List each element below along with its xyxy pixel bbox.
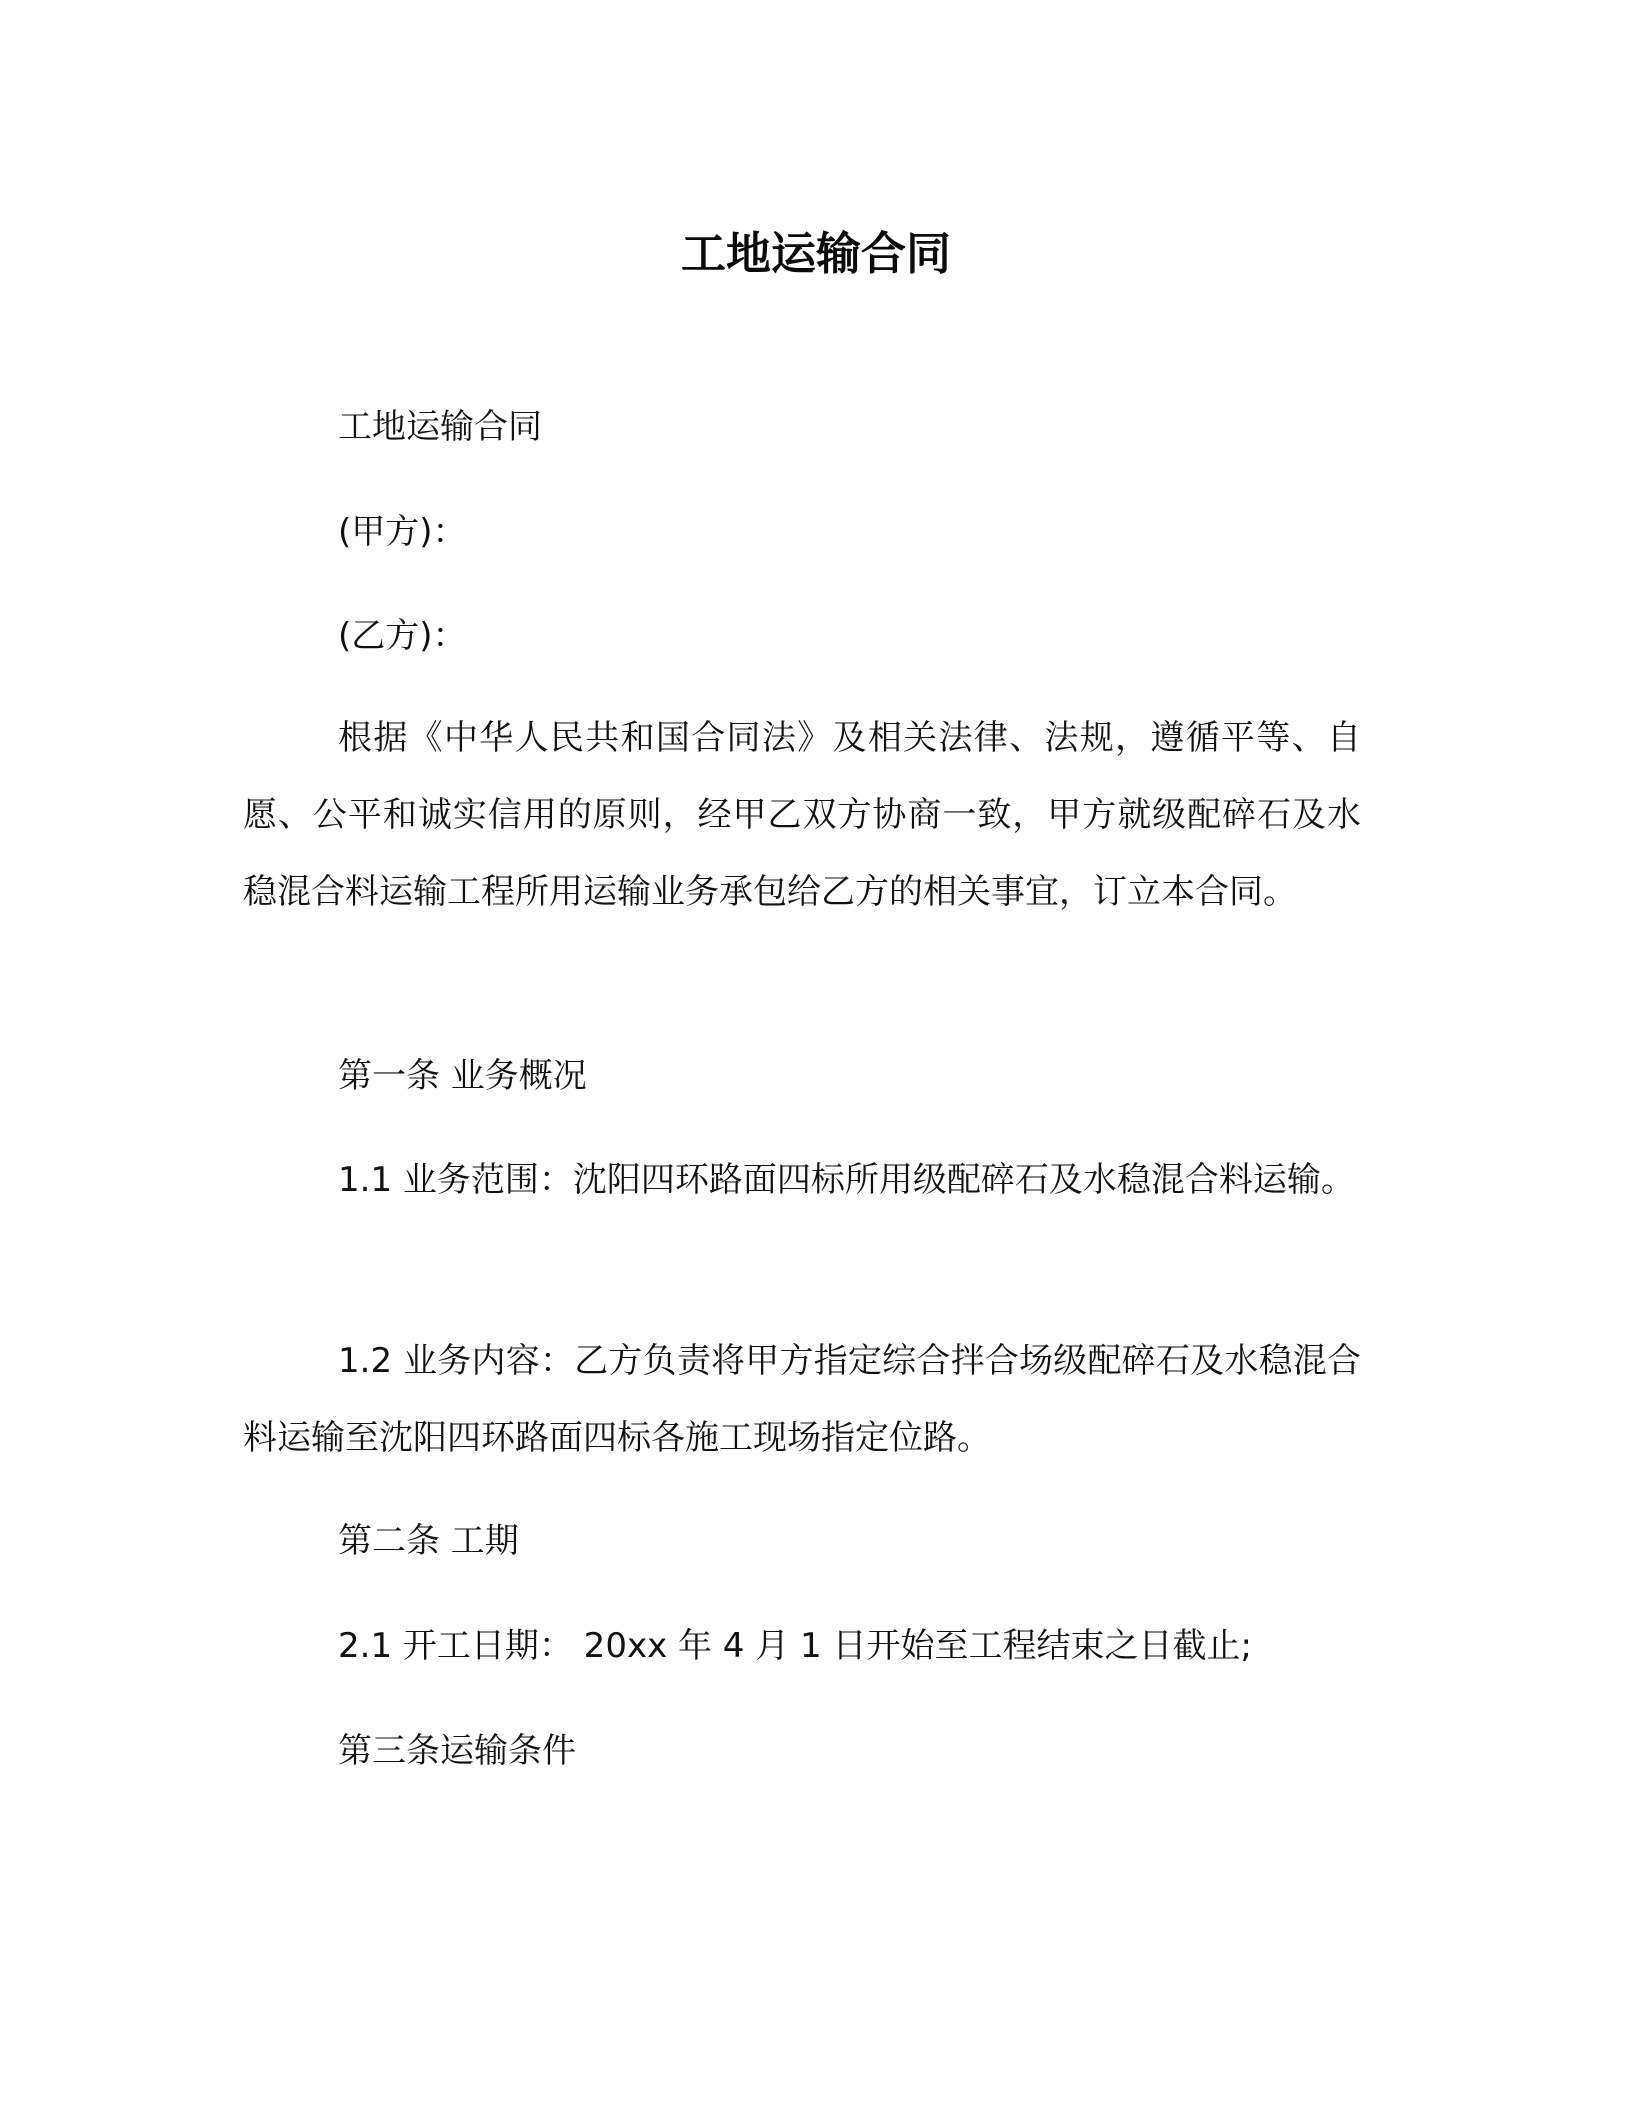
article-2-heading: 第二条 工期: [243, 1503, 1361, 1580]
party-a-paragraph: (甲方)：: [243, 494, 1361, 571]
party-b-paragraph: (乙方)：: [243, 598, 1361, 675]
clause-1-2-paragraph: 1.2 业务内容：乙方负责将甲方指定综合拌合场级配碎石及水稳混合料运输至沈阳四环…: [243, 1323, 1361, 1477]
subtitle-paragraph: 工地运输合同: [243, 389, 1361, 466]
preamble-paragraph: 根据《中华人民共和国合同法》及相关法律、法规，遵循平等、自愿、公平和诚实信用的原…: [243, 700, 1361, 931]
clause-1-1-paragraph: 1.1 业务范围：沈阳四环路面四标所用级配碎石及水稳混合料运输。: [243, 1142, 1361, 1219]
document-title: 工地运输合同: [0, 226, 1632, 282]
article-1-heading: 第一条 业务概况: [243, 1038, 1361, 1115]
clause-2-1-paragraph: 2.1 开工日期： 20xx 年 4 月 1 日开始至工程结束之日截止;: [243, 1608, 1361, 1685]
document-page: 工地运输合同 工地运输合同 (甲方)： (乙方)： 根据《中华人民共和国合同法》…: [0, 0, 1632, 2112]
article-3-heading: 第三条运输条件: [243, 1713, 1361, 1790]
